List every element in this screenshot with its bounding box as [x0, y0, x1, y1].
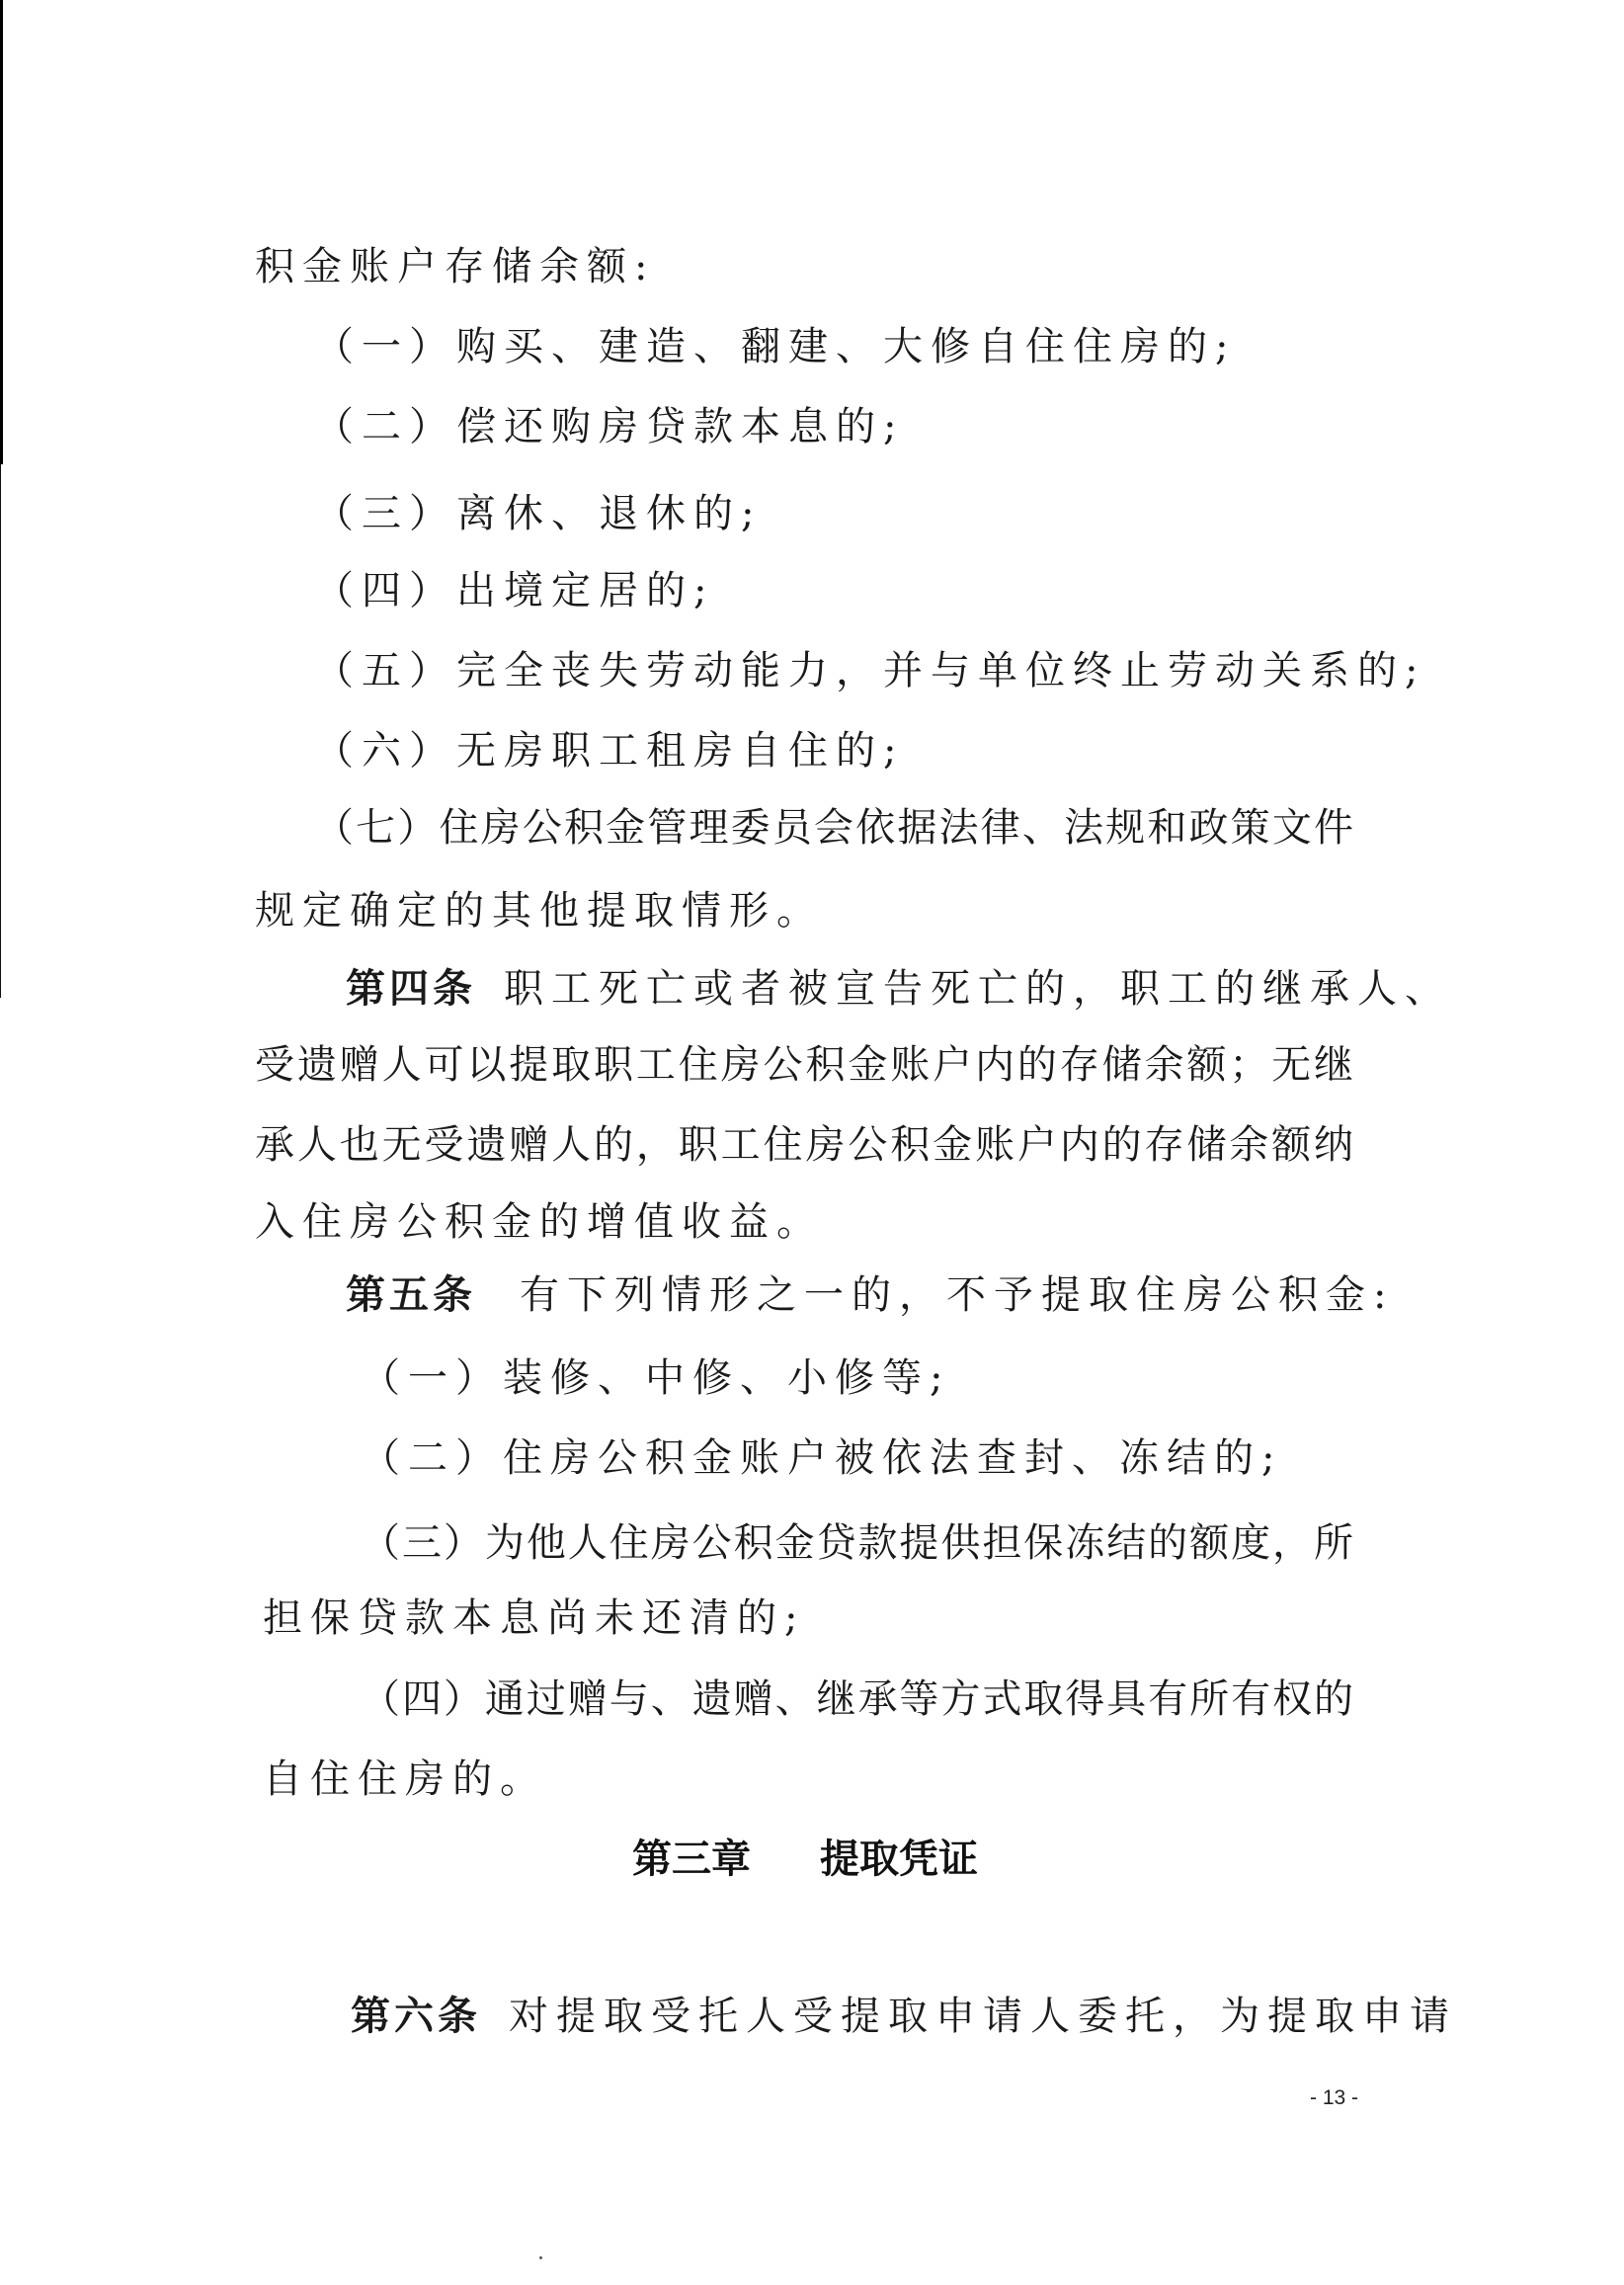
chapter-title: 提取凭证 [820, 1836, 978, 1882]
list-item: （七）住房公积金管理委员会依据法律、法规和政策文件 [314, 803, 1353, 853]
article-6-first-line: 第六条对提取受托人受提取申请人委托，为提取申请 [351, 1992, 1457, 2041]
scan-speck [539, 2256, 542, 2259]
article-6-text: 对提取受托人受提取申请人委托，为提取申请 [509, 1994, 1457, 2039]
list-item: （六）无房职工租房自住的; [314, 726, 904, 775]
article-4-heading: 第四条 [346, 966, 476, 1012]
chapter-heading: 第三章提取凭证 [632, 1835, 978, 1884]
list-item: （五）完全丧失劳动能力，并与单位终止劳动关系的; [314, 646, 1425, 695]
list-item: （一）装修、中修、小修等; [361, 1353, 950, 1403]
paragraph-line: 受遗赠人可以提取职工住房公积金账户内的存储余额；无继 [255, 1040, 1353, 1090]
list-item-continuation: 担保贷款本息尚未还清的; [263, 1593, 805, 1643]
article-4-first-line: 第四条职工死亡或者被宣告死亡的，职工的继承人、 [346, 964, 1452, 1014]
list-item: （四）出境定居的; [314, 566, 714, 615]
paragraph-line: 积金账户存储余额: [255, 242, 655, 291]
paragraph-line: 承人也无受遗赠人的，职工住房公积金账户内的存储余额纳 [255, 1120, 1353, 1170]
paragraph-line: 规定确定的其他提取情形。 [255, 886, 824, 936]
list-item: （二）住房公积金账户被依法查封、冻结的; [361, 1433, 1282, 1483]
scan-border-left-thin [0, 464, 1, 998]
paragraph-line: 入住房公积金的增值收益。 [255, 1197, 824, 1247]
chapter-number: 第三章 [632, 1836, 751, 1882]
list-item: （四）通过赠与、遗赠、继承等方式取得具有所有权的 [361, 1674, 1353, 1724]
list-item: （三）为他人住房公积金贷款提供担保冻结的额度，所 [361, 1518, 1353, 1568]
article-4-text: 职工死亡或者被宣告死亡的，职工的继承人、 [504, 966, 1452, 1012]
article-6-heading: 第六条 [351, 1994, 481, 2039]
scan-border-left [0, 0, 3, 464]
article-5-intro: 有下列情形之一的，不予提取住房公积金: [520, 1272, 1394, 1318]
list-item: （二）偿还购房贷款本息的; [314, 402, 904, 451]
article-5-first-line: 第五条有下列情形之一的，不予提取住房公积金: [346, 1270, 1394, 1320]
list-item-continuation: 自住住房的。 [263, 1755, 547, 1804]
list-item: （一）购买、建造、翻建、大修自住住房的; [314, 322, 1236, 371]
article-5-heading: 第五条 [346, 1272, 476, 1318]
list-item: （三）离休、退休的; [314, 489, 762, 538]
page-number: - 13 - [1310, 2086, 1358, 2110]
